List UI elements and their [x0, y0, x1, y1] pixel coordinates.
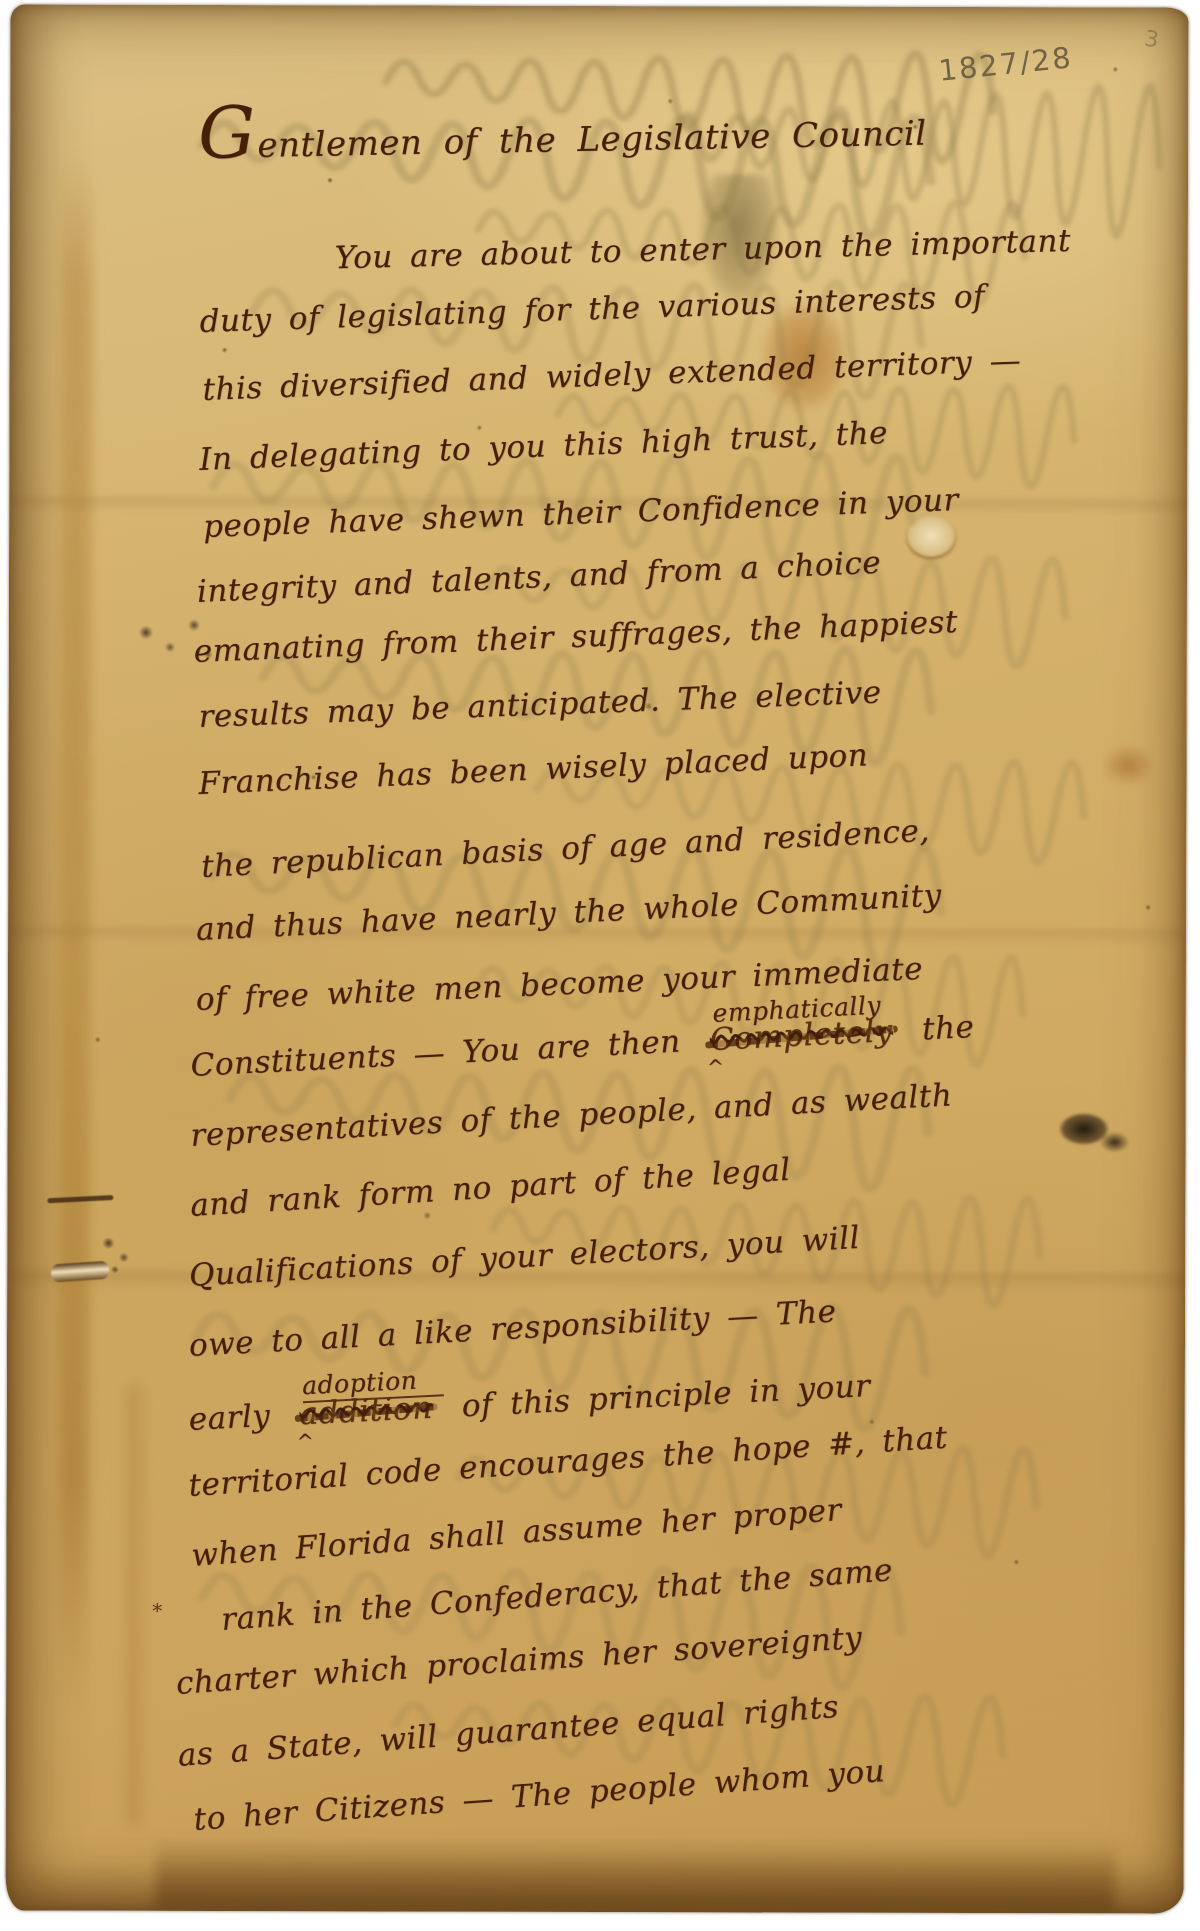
inline-edit: adoption ^ addition	[299, 1391, 434, 1433]
manuscript-line-with-edit: early adoption ^ addition of this princi…	[188, 1369, 871, 1439]
manuscript-line: Franchise has been wisely placed upon	[198, 738, 869, 802]
bottom-edge-grime	[156, 1837, 1116, 1914]
fold-water-streak-lower	[126, 1385, 143, 1825]
manuscript-line: Qualifications of your electors, you wil…	[188, 1221, 861, 1295]
manuscript-line: emanating from their suffrages, the happ…	[193, 605, 958, 671]
margin-tick-mark: *	[152, 1599, 162, 1623]
manuscript-line: results may be anticipated. The elective	[198, 676, 882, 736]
manuscript-line-with-edit: Constituents — You are then emphatically…	[190, 1010, 975, 1085]
page-number-annotation: 3	[1143, 26, 1161, 53]
line-text: early	[188, 1398, 271, 1438]
manuscript-line: representatives of the people, and as we…	[190, 1078, 954, 1154]
manuscript-line: people have shewn their Confidence in yo…	[202, 483, 959, 546]
caret-insertion-icon: ^	[707, 1055, 725, 1079]
caret-insertion-icon: ^	[296, 1429, 314, 1453]
salutation: Gentlemen of the Legislative Council	[197, 80, 927, 175]
fold-water-streak	[58, 155, 92, 1715]
manuscript-line: and rank form no part of the legal	[189, 1153, 791, 1225]
manuscript-line: and thus have nearly the whole Community	[195, 878, 942, 948]
scanned-document: { "scan": { "background_color": "#ffffff…	[0, 0, 1200, 1931]
document-page: 1827/28 3 * Gentlemen of the Legislative…	[6, 4, 1189, 1913]
manuscript-line: In delegating to you this high trust, th…	[199, 416, 889, 479]
line-text: of this principle in your	[461, 1368, 871, 1424]
paper-tear-spot	[907, 515, 955, 557]
manuscript-line: owe to all a like responsibility — The	[188, 1294, 837, 1364]
manuscript-line: as a State, will guarantee equal rights	[177, 1690, 841, 1775]
manuscript-line: the republican basis of age and residenc…	[200, 814, 930, 886]
inline-edit: emphatically ^ Completely	[709, 1014, 894, 1059]
line-text: the	[921, 1009, 975, 1048]
speck-cluster-stain-left	[95, 1229, 139, 1277]
manuscript-line: integrity and talents, and from a choice	[196, 546, 882, 611]
rust-stain-small	[1100, 743, 1156, 787]
manuscript-line: this diversified and widely extended ter…	[202, 344, 1022, 409]
struck-out-word: Completely	[709, 1014, 894, 1059]
archival-date-annotation: 1827/28	[937, 40, 1074, 88]
manuscript-line: You are about to enter upon the importan…	[334, 224, 1071, 277]
manuscript-line: duty of legislating for the various inte…	[199, 280, 985, 341]
ink-blot	[1045, 1099, 1141, 1165]
line-text: Constituents — You are then	[190, 1024, 682, 1084]
manuscript-line: to her Citizens — The people whom you	[192, 1754, 886, 1838]
struck-out-word: addition	[299, 1391, 434, 1433]
